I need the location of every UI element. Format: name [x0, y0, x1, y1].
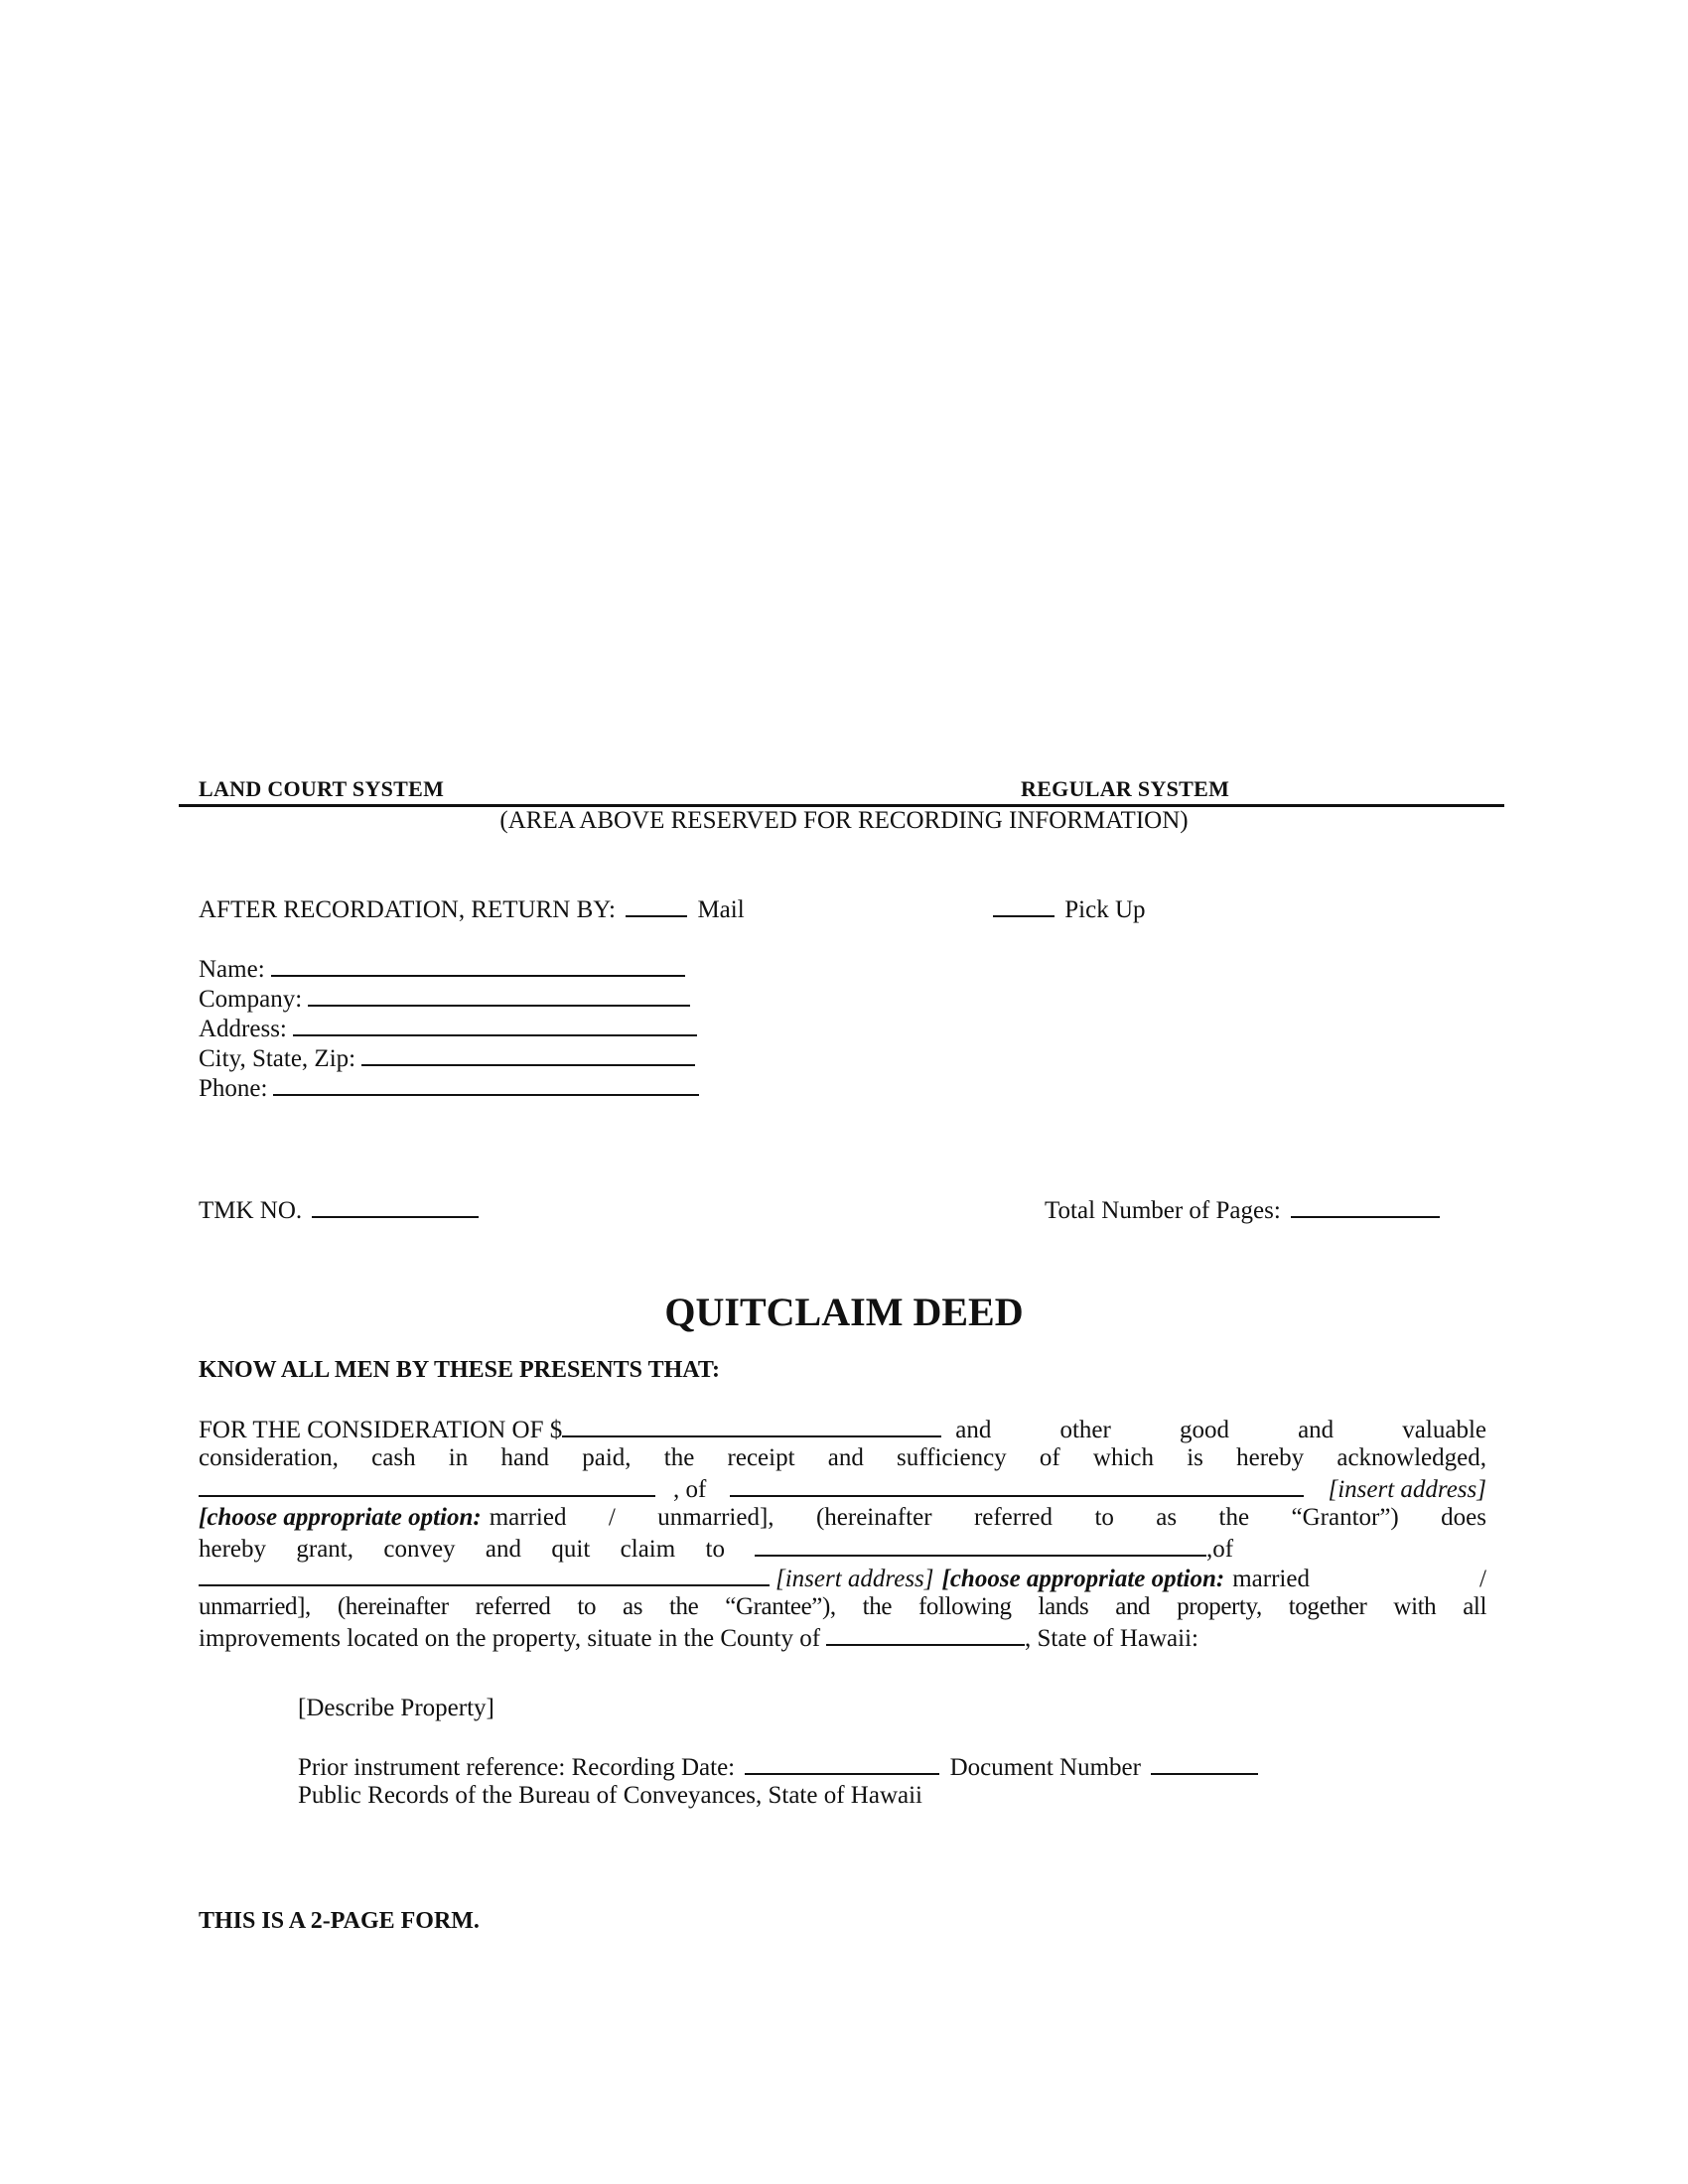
consideration-trailing: and other good and valuable: [947, 1416, 1486, 1445]
contact-name-row: Name:: [199, 953, 705, 983]
grantee-choose-option-hint: [choose appropriate option:: [942, 1565, 1225, 1594]
contact-address-row: Address:: [199, 1013, 705, 1042]
preamble: KNOW ALL MEN BY THESE PRESENTS THAT:: [199, 1355, 720, 1385]
paragraph-line-4: [choose appropriate option: married / un…: [199, 1503, 1486, 1533]
phone-label: Phone:: [199, 1074, 267, 1104]
state-of-hawaii-text: , State of Hawaii:: [1025, 1624, 1198, 1654]
grantor-marital-status-text: married / unmarried], (hereinafter refer…: [482, 1503, 1486, 1533]
two-page-form-note: THIS IS A 2-PAGE FORM.: [199, 1906, 480, 1936]
prior-instrument-row: Prior instrument reference: Recording Da…: [298, 1751, 1262, 1783]
total-pages-label: Total Number of Pages:: [1045, 1197, 1281, 1224]
grant-convey-text: hereby grant, convey and quit claim to: [199, 1535, 725, 1565]
consideration-trailing-text: and other good and valuable: [955, 1416, 1486, 1445]
paragraph-line-8: improvements located on the property, si…: [199, 1622, 1486, 1652]
paragraph-line-7: unmarried], (hereinafter referred to as …: [199, 1592, 1486, 1622]
document-title: QUITCLAIM DEED: [0, 1289, 1688, 1335]
phone-field[interactable]: [273, 1072, 699, 1096]
return-by-row: AFTER RECORDATION, RETURN BY: Mail: [199, 893, 745, 925]
mail-label: Mail: [697, 896, 744, 923]
document-number-field[interactable]: [1151, 1751, 1258, 1775]
name-label: Name:: [199, 955, 265, 985]
address-label: Address:: [199, 1015, 287, 1044]
tmk-row: TMK NO.: [199, 1194, 483, 1226]
total-pages-row: Total Number of Pages:: [1045, 1194, 1444, 1226]
tmk-label: TMK NO.: [199, 1197, 302, 1224]
city-state-zip-label: City, State, Zip:: [199, 1044, 355, 1074]
mail-checkbox-field[interactable]: [626, 893, 687, 917]
recording-date-field[interactable]: [745, 1751, 939, 1775]
document-number-label: Document Number: [950, 1754, 1141, 1781]
contact-block: Name: Company: Address: City, State, Zip…: [199, 953, 705, 1102]
city-state-zip-field[interactable]: [361, 1042, 695, 1066]
public-records-line: Public Records of the Bureau of Conveyan…: [298, 1781, 922, 1811]
pickup-row: Pick Up: [993, 893, 1146, 925]
address-field[interactable]: [293, 1013, 697, 1036]
grantee-married-text: married /: [1224, 1565, 1486, 1594]
conveyance-paragraph: FOR THE CONSIDERATION OF $ and other goo…: [199, 1414, 1486, 1652]
return-by-label: AFTER RECORDATION, RETURN BY:: [199, 896, 616, 923]
contact-city-row: City, State, Zip:: [199, 1042, 705, 1072]
recording-date-label: Prior instrument reference: Recording Da…: [298, 1754, 735, 1781]
describe-property-placeholder[interactable]: [Describe Property]: [298, 1694, 494, 1723]
paragraph-line-6: [insert address] [choose appropriate opt…: [199, 1563, 1486, 1592]
grantor-insert-address-hint: [insert address]: [1328, 1475, 1486, 1505]
paragraph-line-2: consideration, cash in hand paid, the re…: [199, 1443, 1486, 1473]
company-label: Company:: [199, 985, 302, 1015]
company-field[interactable]: [308, 983, 690, 1007]
consideration-amount-field[interactable]: [562, 1414, 941, 1437]
contact-company-row: Company:: [199, 983, 705, 1013]
paragraph-line-1: FOR THE CONSIDERATION OF $ and other goo…: [199, 1414, 1486, 1443]
pickup-label: Pick Up: [1064, 896, 1145, 923]
grantee-of-label: of: [1212, 1535, 1486, 1565]
county-field[interactable]: [826, 1622, 1025, 1646]
county-text: improvements located on the property, si…: [199, 1624, 820, 1654]
land-court-system-label: LAND COURT SYSTEM: [199, 776, 444, 802]
tmk-field[interactable]: [312, 1194, 479, 1218]
grantee-name-field[interactable]: [755, 1533, 1206, 1557]
grantor-choose-option-hint: [choose appropriate option:: [199, 1503, 482, 1533]
grantee-insert-address-hint: [insert address]: [775, 1565, 934, 1594]
paragraph-line-3: , of [insert address]: [199, 1473, 1486, 1503]
paragraph-line-5: hereby grant, convey and quit claim to ,…: [199, 1533, 1486, 1563]
name-field[interactable]: [271, 953, 685, 977]
grantor-address-field[interactable]: [730, 1473, 1304, 1497]
total-pages-field[interactable]: [1291, 1194, 1440, 1218]
reserved-area-note: (AREA ABOVE RESERVED FOR RECORDING INFOR…: [0, 806, 1688, 836]
grantee-address-field[interactable]: [199, 1563, 770, 1586]
regular-system-label: REGULAR SYSTEM: [1021, 776, 1229, 802]
grantor-name-field[interactable]: [199, 1473, 655, 1497]
grantor-of-label: , of: [673, 1475, 706, 1505]
consideration-label: FOR THE CONSIDERATION OF $: [199, 1416, 562, 1445]
contact-phone-row: Phone:: [199, 1072, 705, 1102]
pickup-checkbox-field[interactable]: [993, 893, 1055, 917]
